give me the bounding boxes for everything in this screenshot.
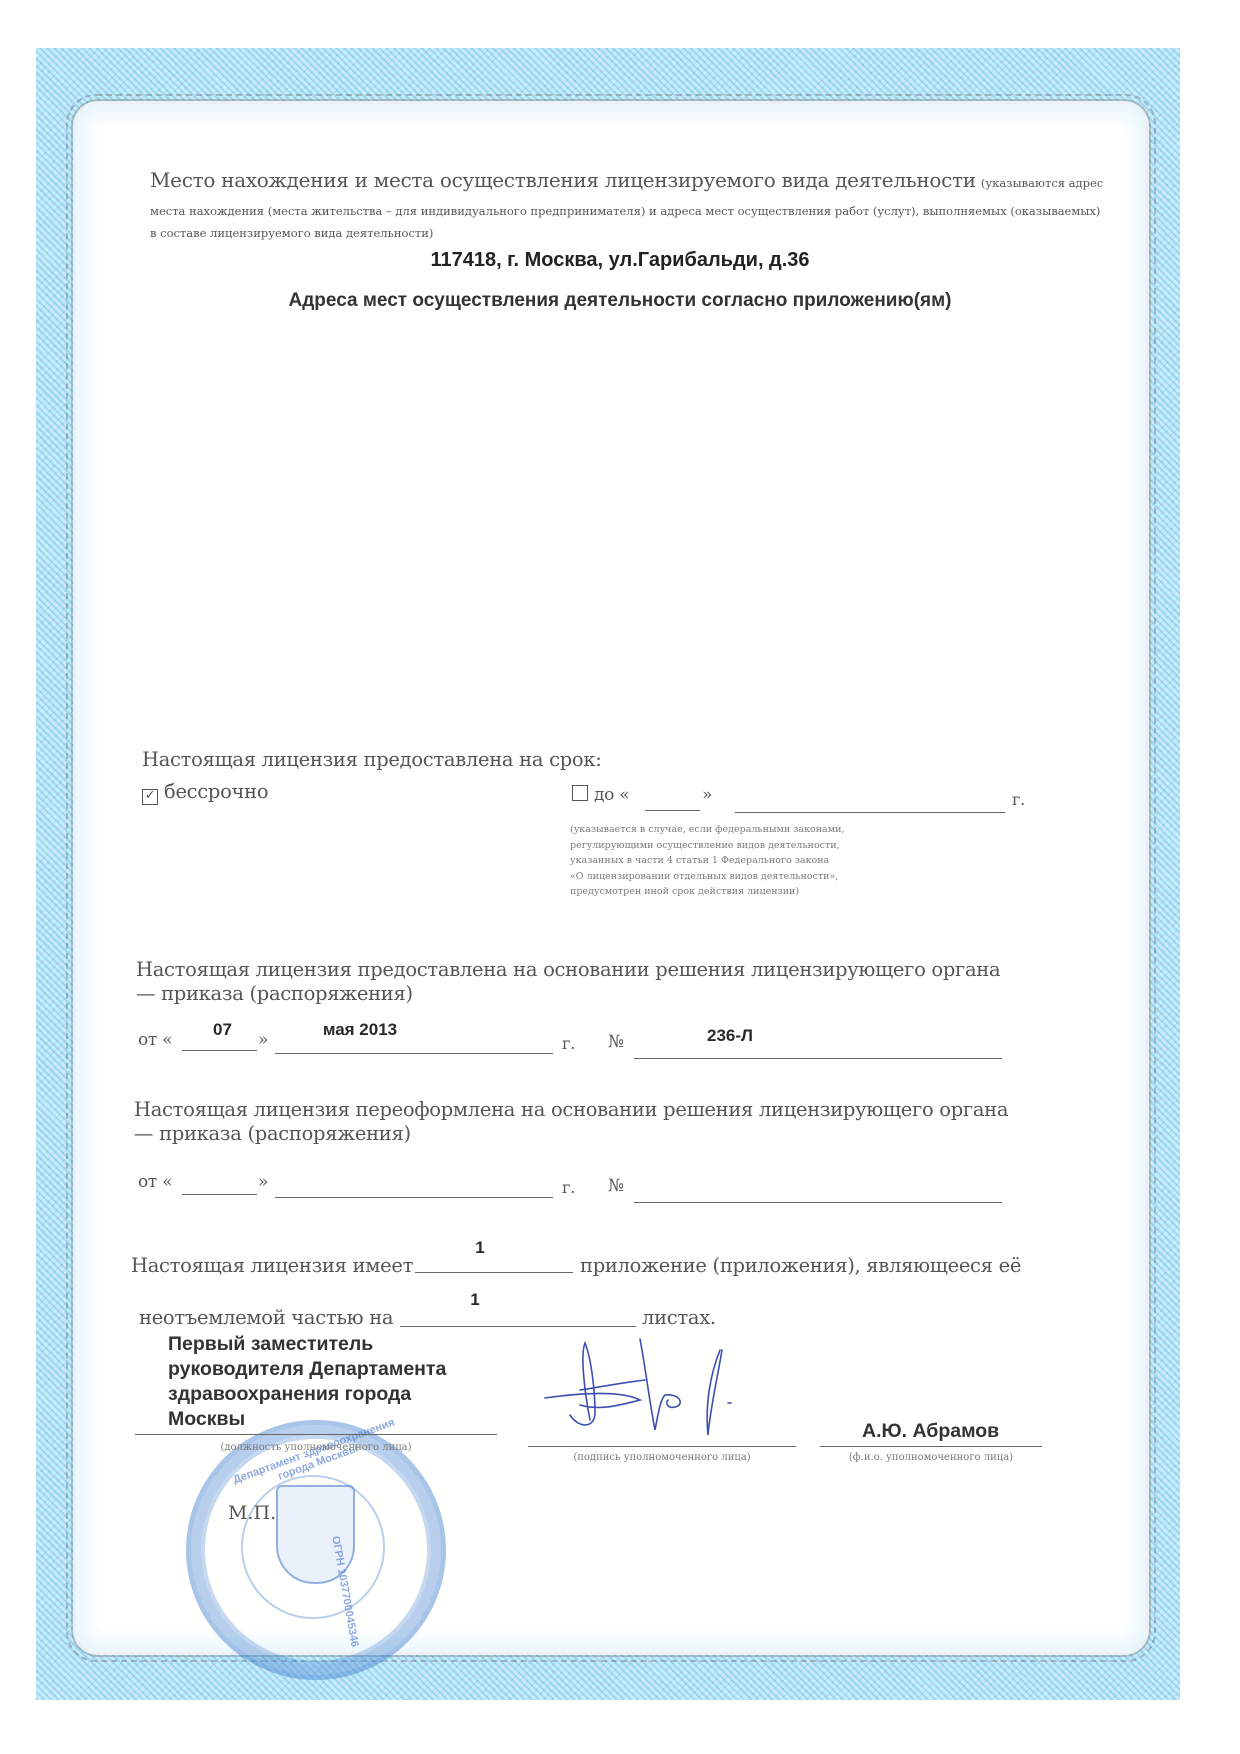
- signer-position-line: Москвы: [168, 1407, 446, 1432]
- term-note-line: (указывается в случае, если федеральными…: [570, 822, 930, 838]
- appendix-sheets-line: [400, 1326, 636, 1327]
- appendix-sheets-after: листах.: [642, 1306, 716, 1329]
- location-heading-block: Место нахождения и места осуществления л…: [150, 168, 1110, 192]
- term-note-line: предусмотрен иной срок действия лицензии…: [570, 884, 930, 900]
- signer-name: А.Ю. Абрамов: [862, 1420, 999, 1443]
- location-note-line-2: места нахождения (места жительства – для…: [150, 204, 1110, 218]
- reissue-text-line-2: — приказа (распоряжения): [134, 1122, 411, 1145]
- position-caption: (должность уполномоченного лица): [135, 1442, 497, 1453]
- position-line: [135, 1434, 497, 1435]
- grant-number-label: №: [608, 1032, 624, 1052]
- term-until-option: до «: [572, 785, 629, 805]
- term-label: Настоящая лицензия предоставлена на срок…: [142, 748, 601, 771]
- reissue-year-suffix: г.: [562, 1178, 575, 1197]
- grant-number-line: [634, 1058, 1002, 1059]
- grant-year-suffix: г.: [562, 1034, 575, 1053]
- grant-number: 236-Л: [640, 1026, 820, 1046]
- signer-position-line: здравоохранения города: [168, 1382, 446, 1407]
- reissue-day-line: [182, 1194, 257, 1195]
- official-seal-stamp: Департамент здравоохранения города Москв…: [186, 1420, 446, 1680]
- appendix-text-after: приложение (приложения), являющееся её: [580, 1254, 1021, 1277]
- term-year-suffix: г.: [1012, 790, 1025, 809]
- grant-from-label: от «: [138, 1030, 172, 1050]
- location-heading: Место нахождения и места осуществления л…: [150, 168, 976, 192]
- term-note-line: регулирующими осуществление видов деятел…: [570, 838, 930, 854]
- name-line: [820, 1446, 1042, 1447]
- reissue-text-line-1: Настоящая лицензия переоформлена на осно…: [134, 1098, 1008, 1121]
- grant-month-year: мая 2013: [275, 1020, 445, 1040]
- term-until-prefix: до «: [594, 785, 629, 805]
- term-note: (указывается в случае, если федеральными…: [570, 822, 930, 900]
- appendix-sheets-before: неотъемлемой частью на: [139, 1306, 393, 1329]
- term-note-line: «О лицензировании отдельных видов деятел…: [570, 869, 930, 885]
- term-day-line: [645, 810, 700, 811]
- term-note-line: указанных в части 4 статьи 1 Федеральног…: [570, 853, 930, 869]
- checkbox-unlimited-checked: ✓: [142, 789, 158, 805]
- reissue-from-label: от «: [138, 1172, 172, 1192]
- handwritten-signature-icon: [540, 1335, 740, 1445]
- signer-position: Первый заместитель руководителя Департам…: [168, 1332, 446, 1432]
- grant-quote-close: »: [258, 1030, 268, 1050]
- term-date-line: [735, 812, 1005, 813]
- grant-day: 07: [190, 1020, 255, 1040]
- reissue-number-line: [634, 1202, 1002, 1203]
- appendix-text-before: Настоящая лицензия имеет: [131, 1254, 413, 1277]
- location-heading-note: (указываются адрес: [981, 176, 1103, 190]
- grant-text-line-2: — приказа (распоряжения): [136, 982, 413, 1005]
- appendix-count-line: [415, 1272, 573, 1273]
- name-caption: (ф.и.о. уполномоченного лица): [820, 1452, 1042, 1463]
- reissue-quote-close: »: [258, 1172, 268, 1192]
- appendix-sheets: 1: [400, 1290, 550, 1310]
- signer-position-line: руководителя Департамента: [168, 1357, 446, 1382]
- addresses-per-appendix: Адреса мест осуществления деятельности с…: [0, 290, 1240, 312]
- term-unlimited-option: ✓бессрочно: [142, 780, 268, 805]
- signer-position-line: Первый заместитель: [168, 1332, 446, 1357]
- seal-place-label: М.П.: [228, 1502, 276, 1524]
- term-unlimited-label: бессрочно: [164, 780, 268, 803]
- grant-text-line-1: Настоящая лицензия предоставлена на осно…: [136, 958, 1000, 981]
- term-until-quote: »: [702, 785, 712, 805]
- license-address: 117418, г. Москва, ул.Гарибальди, д.36: [0, 249, 1240, 272]
- signature-line: [528, 1446, 796, 1447]
- location-note-line-3: в составе лицензируемого вида деятельнос…: [150, 226, 433, 240]
- reissue-month-year-line: [275, 1197, 553, 1198]
- grant-month-year-line: [275, 1053, 553, 1054]
- checkbox-until-unchecked: [572, 785, 588, 801]
- reissue-number-label: №: [608, 1176, 624, 1196]
- signature-caption: (подпись уполномоченного лица): [528, 1452, 796, 1463]
- appendix-count: 1: [415, 1238, 545, 1258]
- grant-day-line: [182, 1050, 257, 1051]
